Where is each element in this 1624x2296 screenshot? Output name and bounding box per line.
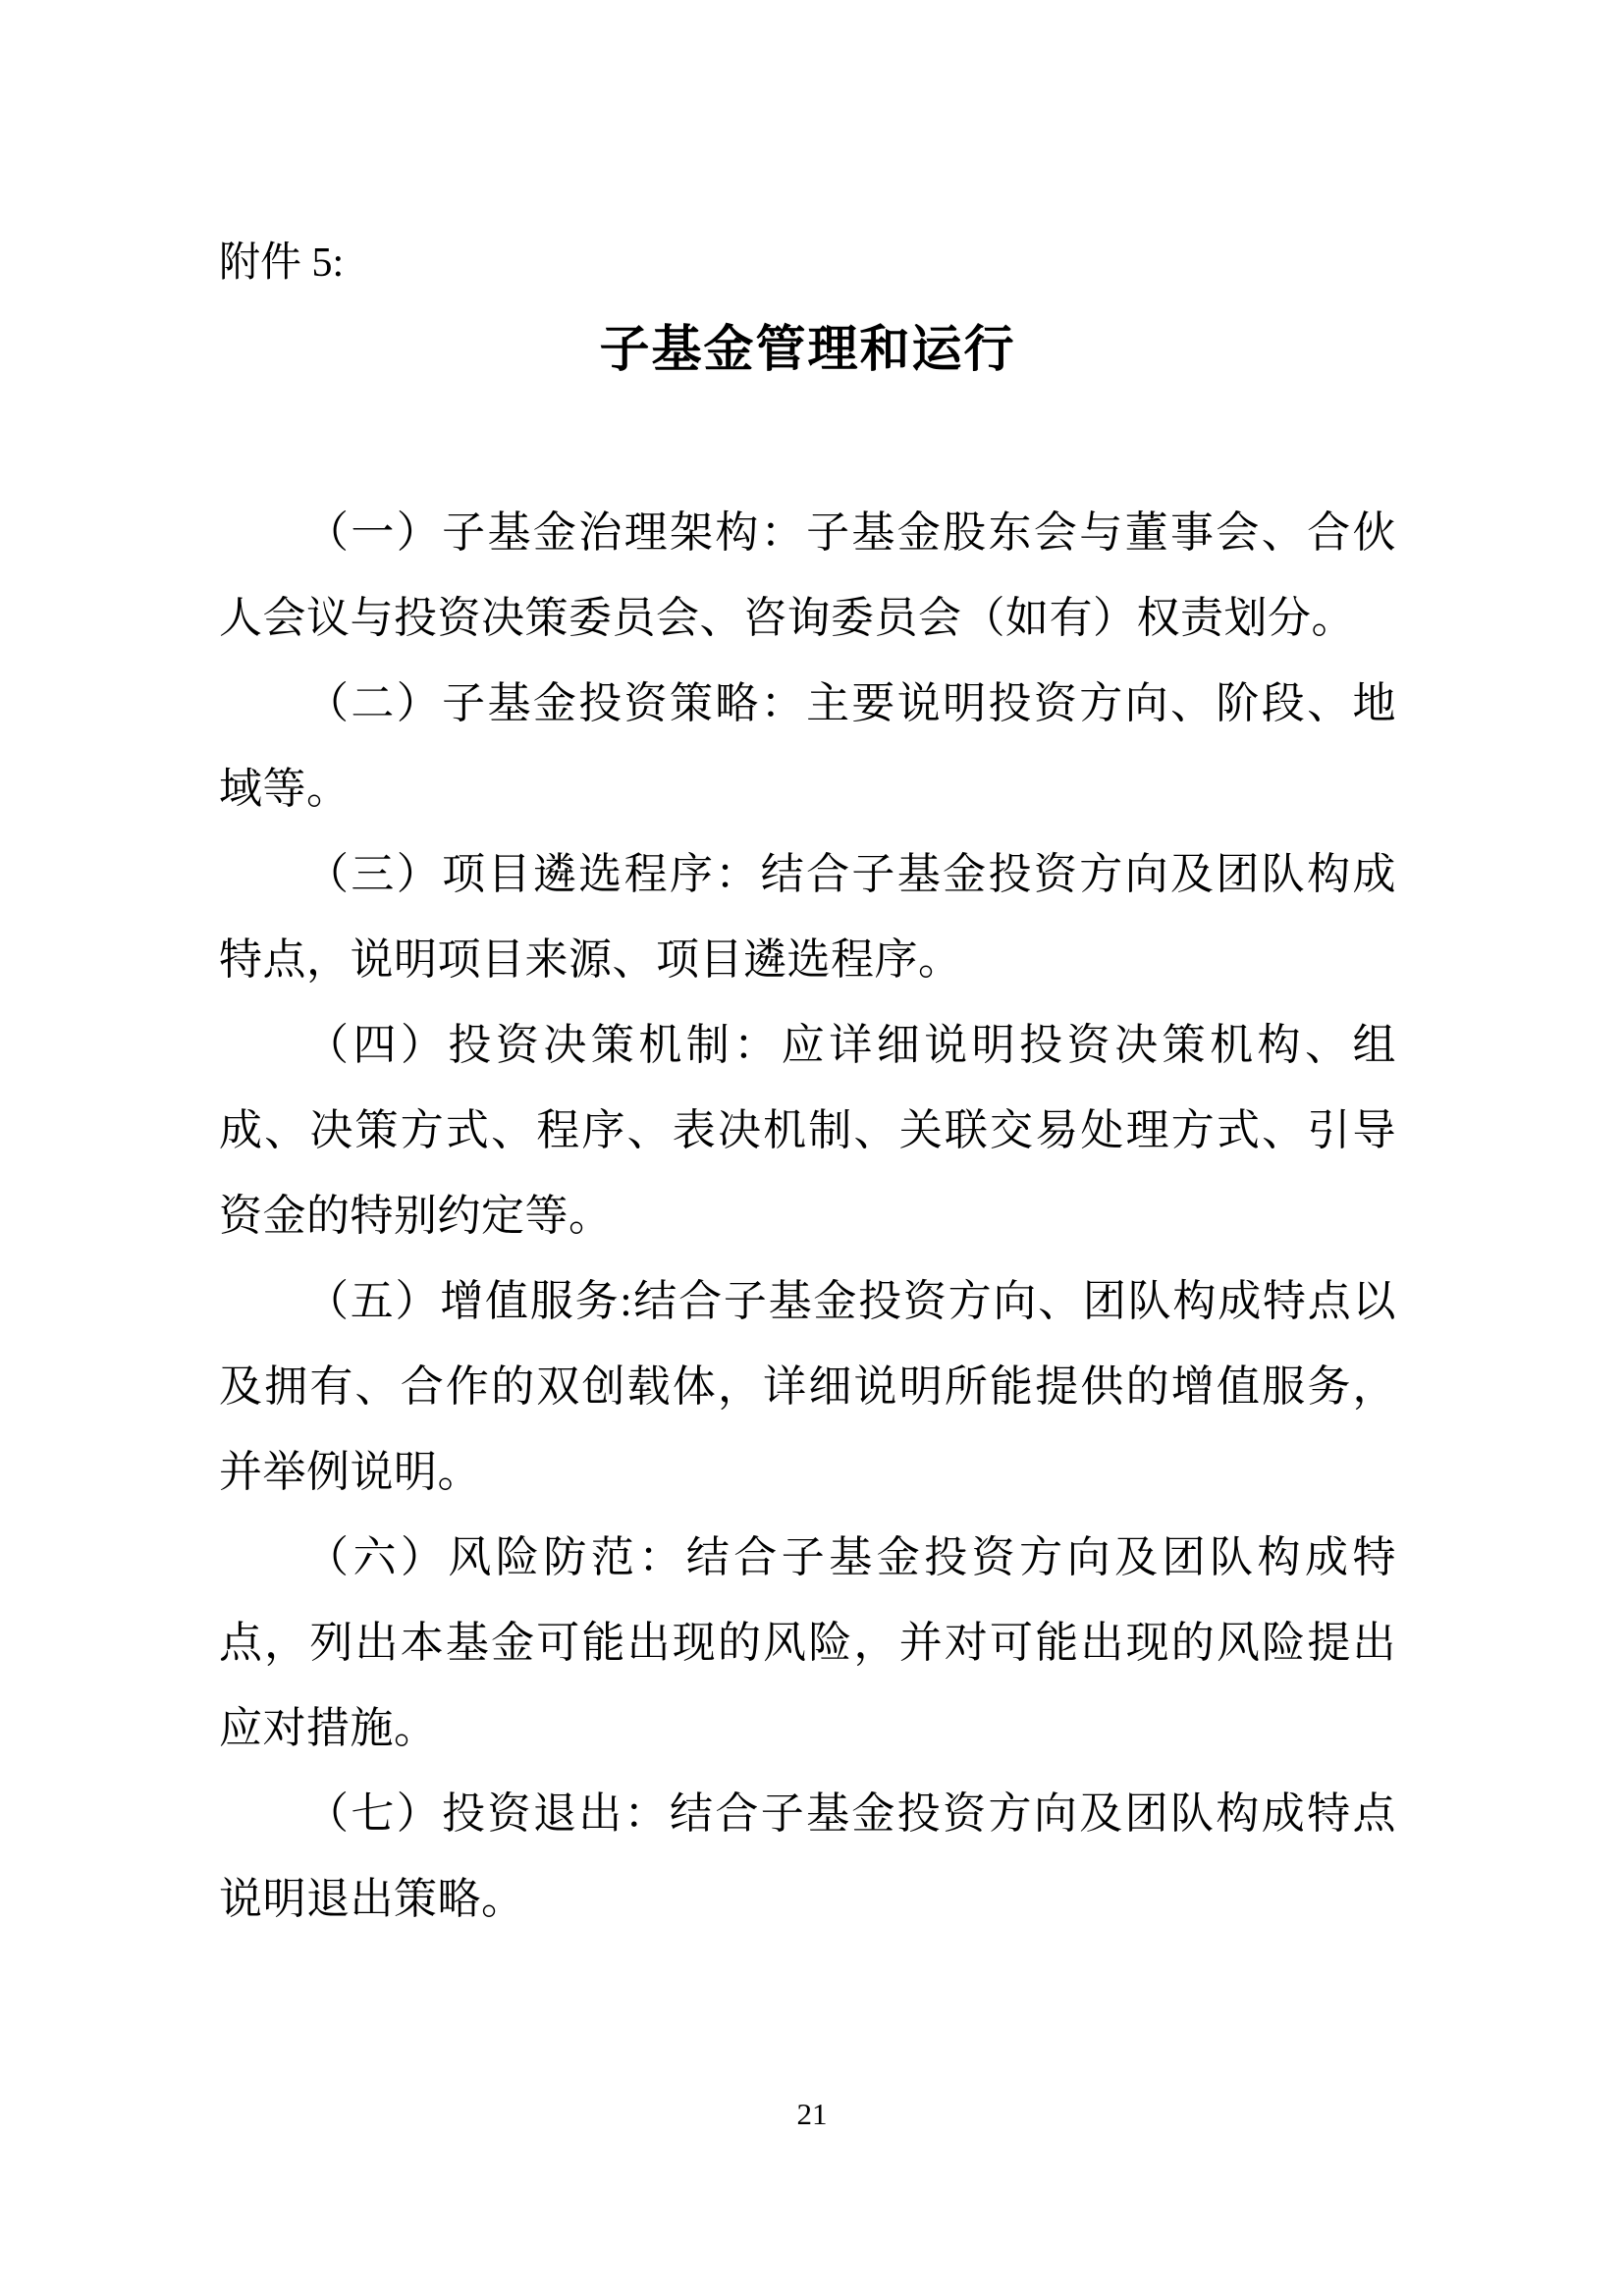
- attachment-label: 附件 5:: [219, 239, 1396, 288]
- body-paragraph-1: （一）子基金治理架构：子基金股东会与董事会、合伙人会议与投资决策委员会、咨询委员…: [219, 490, 1396, 661]
- page-title: 子基金管理和运行: [219, 323, 1396, 376]
- body-paragraph-2: （二）子基金投资策略：主要说明投资方向、阶段、地域等。: [219, 661, 1396, 831]
- page-number: 21: [0, 2097, 1624, 2132]
- body-paragraph-7: （七）投资退出：结合子基金投资方向及团队构成特点说明退出策略。: [219, 1771, 1396, 1942]
- body-paragraph-6: （六）风险防范：结合子基金投资方向及团队构成特点，列出本基金可能出现的风险，并对…: [219, 1515, 1396, 1771]
- document-body: （一）子基金治理架构：子基金股东会与董事会、合伙人会议与投资决策委员会、咨询委员…: [219, 490, 1396, 1942]
- document-page: 附件 5: 子基金管理和运行 （一）子基金治理架构：子基金股东会与董事会、合伙人…: [0, 0, 1624, 2296]
- body-paragraph-4: （四）投资决策机制：应详细说明投资决策机构、组成、决策方式、程序、表决机制、关联…: [219, 1002, 1396, 1258]
- body-paragraph-5: （五）增值服务:结合子基金投资方向、团队构成特点以及拥有、合作的双创载体，详细说…: [219, 1258, 1396, 1515]
- body-paragraph-3: （三）项目遴选程序：结合子基金投资方向及团队构成特点，说明项目来源、项目遴选程序…: [219, 831, 1396, 1002]
